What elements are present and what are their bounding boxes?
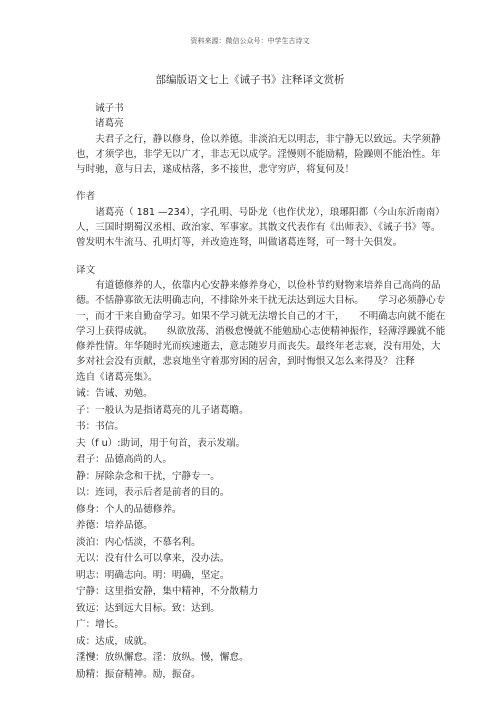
document-body: 诫子书 诸葛亮 夫君子之行，静以修身，俭以养德。非淡泊无以明志，非宁静无以致远。… bbox=[76, 101, 446, 683]
note-item: 诫：告诫、劝勉。 bbox=[76, 386, 446, 403]
translation-text: 有道德修养的人，依靠内心安静来修养身心，以俭朴节约财物来培养自己高尚的品德。不恬… bbox=[76, 278, 446, 370]
source-header: 资料来源：微信公众号：中学生古诗文 bbox=[0, 36, 500, 46]
note-item: 君子：品德高尚的人。 bbox=[76, 452, 446, 469]
note-item: 无以：没有什么可以拿来，没办法。 bbox=[76, 551, 446, 568]
note-item: 成：达成，成就。 bbox=[76, 634, 446, 651]
note-item: 以：连词，表示后者是前者的目的。 bbox=[76, 485, 446, 502]
translation-heading: 译文 bbox=[76, 263, 446, 278]
author-heading: 作者 bbox=[76, 189, 446, 204]
note-item: 明志：明确志向。明：明确，坚定。 bbox=[76, 568, 446, 585]
note-item: 书：书信。 bbox=[76, 419, 446, 436]
original-title: 诫子书 bbox=[76, 101, 446, 116]
original-author: 诸葛亮 bbox=[76, 116, 446, 131]
note-item: 修身：个人的品德修养。 bbox=[76, 502, 446, 519]
note-item: 淡泊：内心恬淡，不慕名利。 bbox=[76, 535, 446, 552]
notes-heading: 注释 bbox=[396, 356, 415, 367]
note-item: 静：屏除杂念和干扰，宁静专一。 bbox=[76, 469, 446, 486]
note-item: 淫慢：放纵懈怠。淫：放纵。慢，懈怠。 bbox=[76, 650, 446, 667]
note-item: 致远：达到远大目标。致：达到。 bbox=[76, 601, 446, 618]
note-item: 养德：培养品德。 bbox=[76, 518, 446, 535]
note-item: 宁静：这里指安静，集中精神，不分散精力 bbox=[76, 584, 446, 601]
note-item: 励精：振奋精神。励，振奋。 bbox=[76, 667, 446, 684]
note-item: 广：增长。 bbox=[76, 617, 446, 634]
original-text: 夫君子之行，静以修身，俭以养德。非淡泊无以明志，非宁静无以致远。夫学须静也，才须… bbox=[76, 132, 446, 178]
notes-list: 选自《诸葛亮集》。 诫：告诫、劝勉。 子：一般认为是指诸葛亮的儿子诸葛瞻。 书：… bbox=[76, 370, 446, 684]
note-item: 夫（f u）:助词，用于句首，表示发端。 bbox=[76, 436, 446, 453]
note-item: 子：一般认为是指诸葛亮的儿子诸葛瞻。 bbox=[76, 403, 446, 420]
note-item: 选自《诸葛亮集》。 bbox=[76, 370, 446, 387]
page-indicator: 1 / 2 bbox=[80, 652, 96, 660]
author-text: 诸葛亮（ 181 —234），字孔明、号卧龙（也作伏龙），琅琊阳都（今山东沂南南… bbox=[76, 205, 446, 251]
document-title: 部编版语文七上《诫子书》注释译文赏析 bbox=[0, 72, 500, 87]
